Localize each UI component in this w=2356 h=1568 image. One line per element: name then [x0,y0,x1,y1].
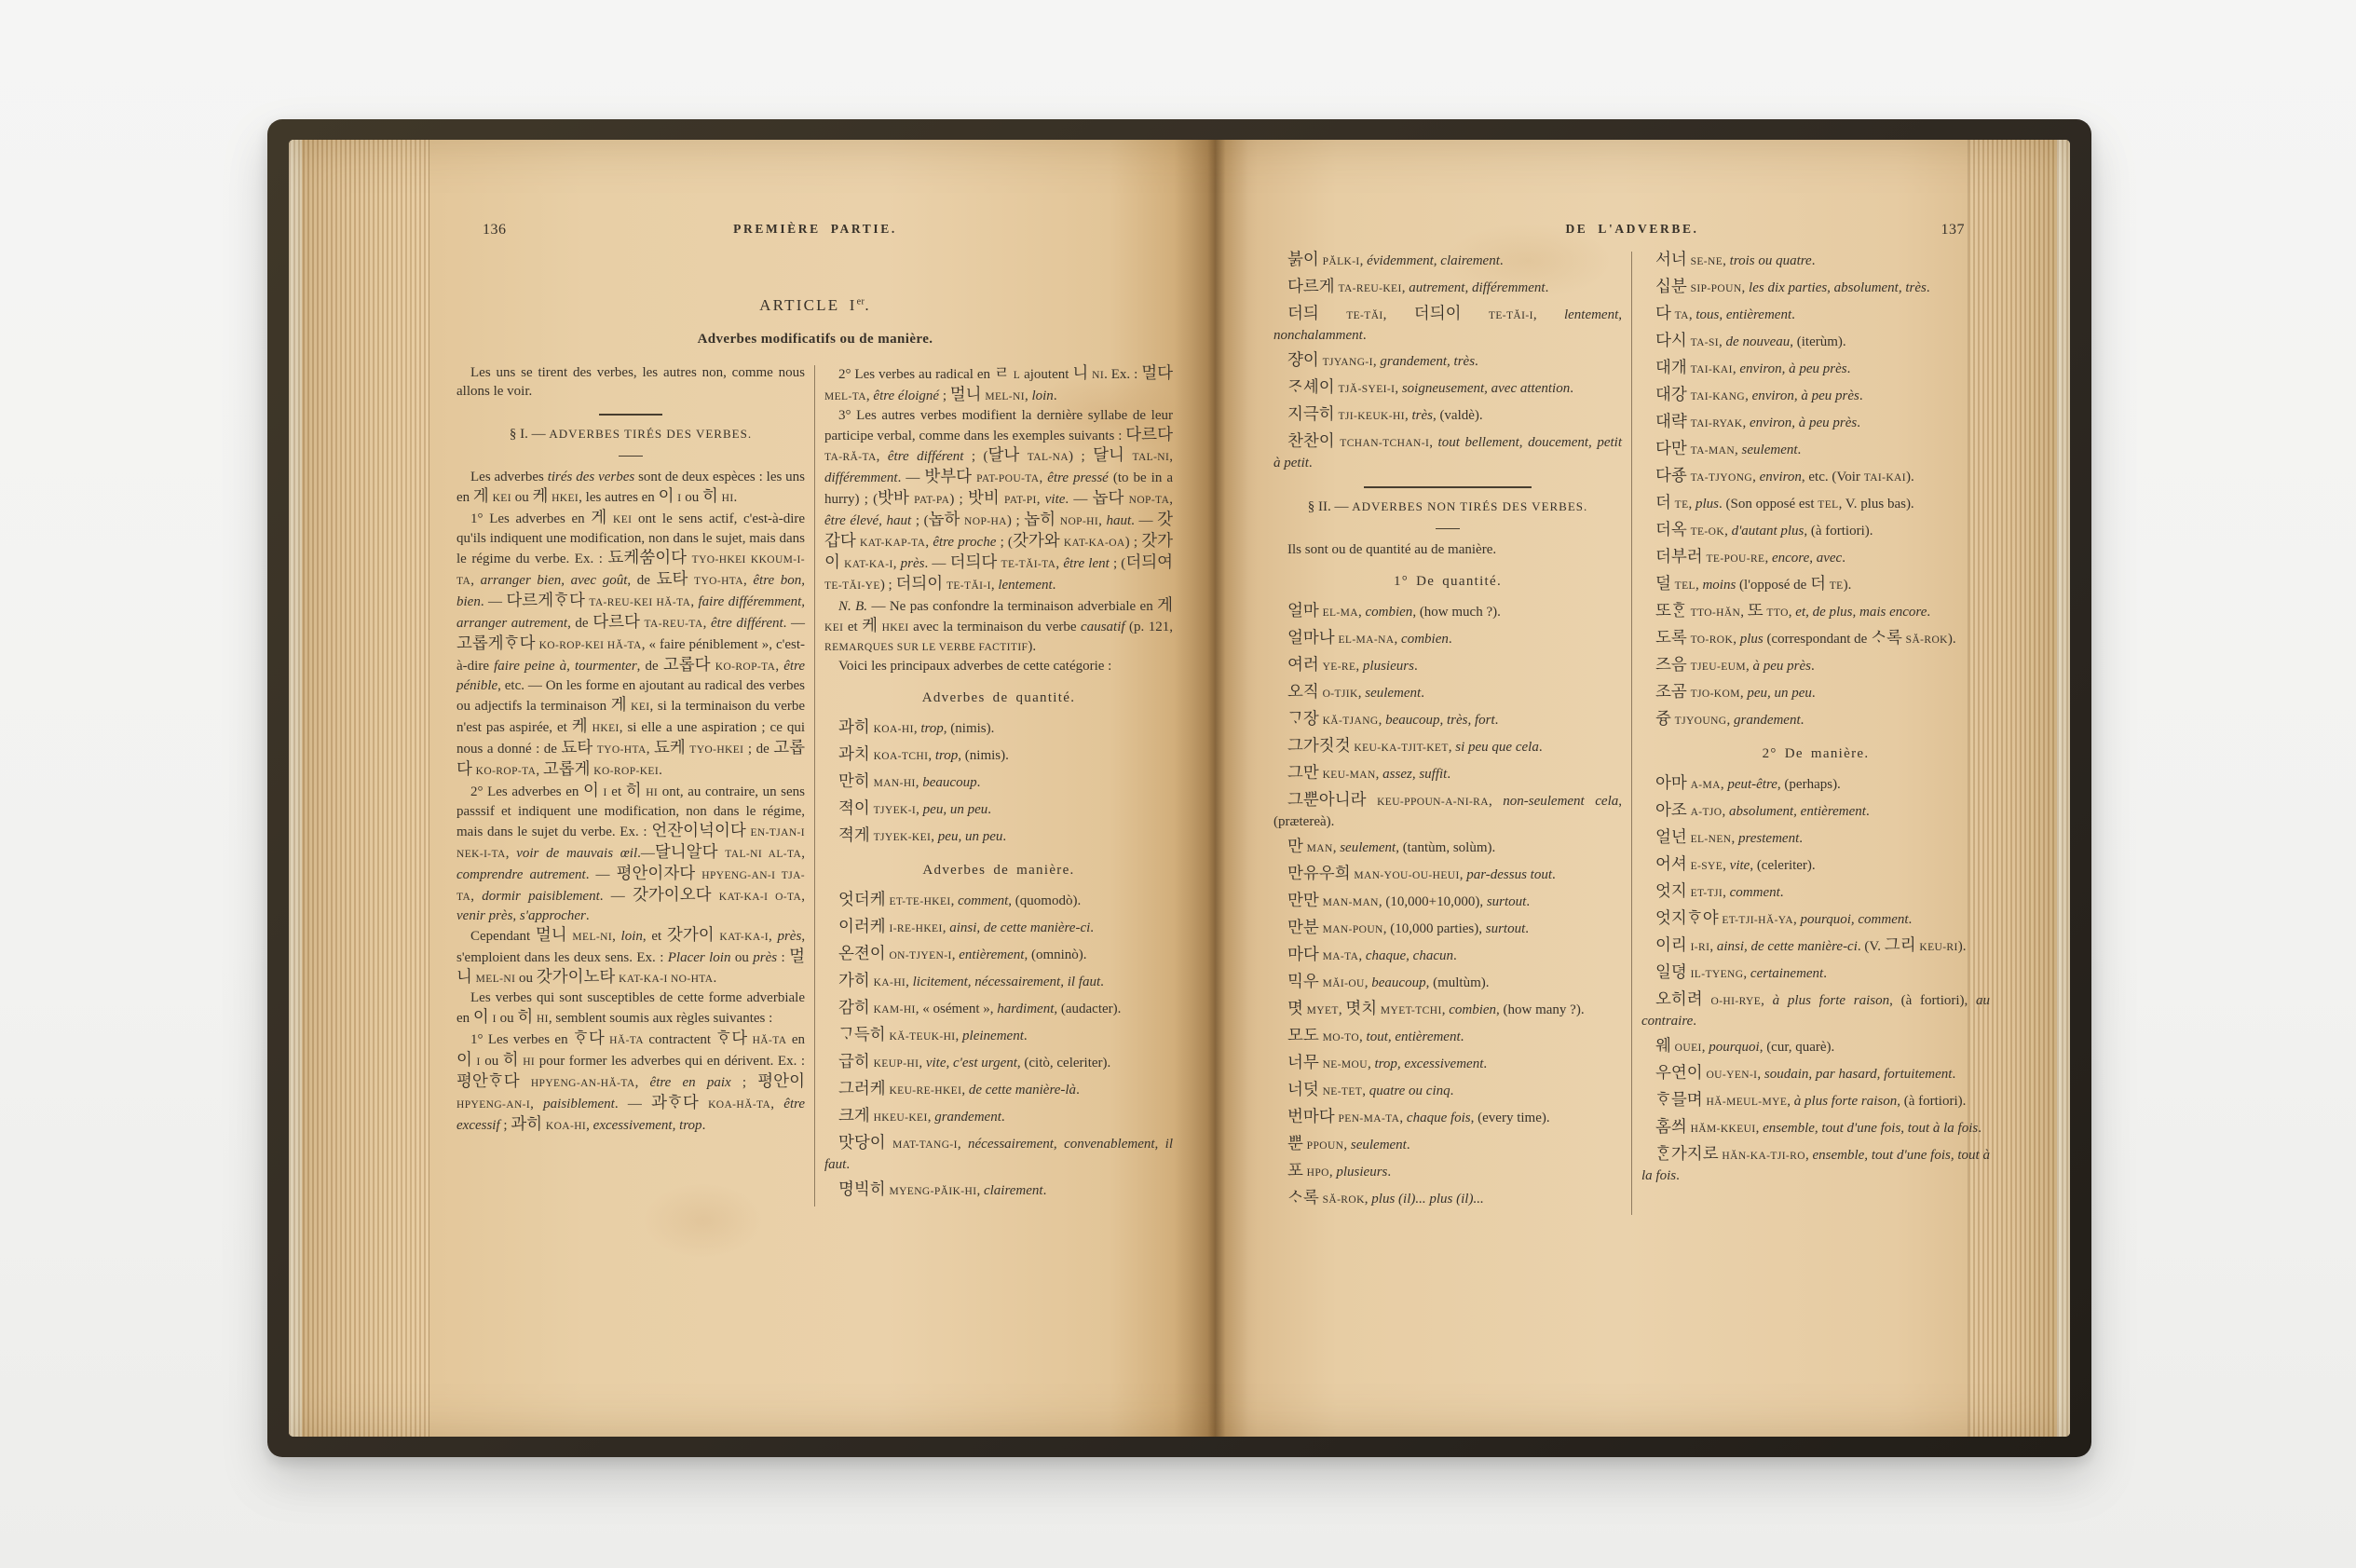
plain-text: , (how much ?). [1412,605,1501,620]
paragraph: Ils sont ou de quantité au de manière. [1273,540,1622,559]
plain-text: , [1723,858,1730,873]
korean-text: 조곰 [1655,682,1687,701]
plain-text: ). [1844,578,1852,593]
plain-text: , [1362,1084,1369,1098]
romanization-text: TA-REU-KEI [1338,283,1401,294]
plain-text: , [1724,524,1732,539]
korean-text: ᄌᆞ셰이 [1287,377,1335,396]
plain-text: , etc. (Voir [1802,470,1864,484]
korean-text: 오직 [1287,682,1319,701]
romanization-text: TE-OK [1691,526,1725,538]
paragraph: 3° Les autres verbes modifient la derniè… [824,406,1173,595]
romanization-text: TAL-NI [1132,452,1169,463]
korean-text: 멀니 [950,385,982,403]
italic-text: grandement [934,1110,1001,1125]
korean-text: 그가짓것 [1287,736,1351,755]
romanization-text: TA-SI [1691,337,1719,348]
romanization-text: HKEI [592,723,620,734]
plain-text: . — [600,889,633,904]
italic-text: trop [920,721,943,736]
plain-text: , [1358,948,1366,963]
plain-text: , [1359,1029,1367,1044]
dictionary-entry: 더부러 TE-POU-RE, encore, avec. [1641,547,1990,569]
korean-text: 게 [473,486,489,505]
dictionary-entry: 쟝이 TJYANG-I, grandement, très. [1273,350,1622,373]
romanization-text: TEL [1818,499,1838,511]
italic-text: être pressé [1047,470,1109,485]
running-title-left: PREMIÈRE PARTIE. [456,222,1174,237]
romanization-text: KEU-PPOUN-A-NI-RA [1377,797,1489,808]
korean-text: 엇지ᄒᆞ야 [1655,908,1719,927]
plain-text: 2° De manière. [1763,746,1870,761]
korean-text: 이 [583,781,599,799]
romanization-text: KAM-HI [874,1004,916,1016]
dictionary-entry: 엇더케 ET-TE-HKEI, comment, (quomodò). [824,890,1173,912]
romanization-text: TE-TĂI-YE [824,580,880,592]
italic-text: combien [1449,1002,1496,1017]
italic-text: N. B. [838,599,867,614]
korean-text: 도록 [1655,628,1687,647]
plain-text: ). [1028,639,1036,654]
romanization-text: ADVERBES TIRÉS DES VERBES. [549,427,752,441]
italic-text: moins [1702,578,1736,593]
plain-text: , [1733,632,1740,647]
dictionary-entry: 얼마 EL-MA, combien, (how much ?). [1273,601,1622,623]
italic-text: près [753,950,777,965]
plain-text: et [843,620,862,634]
romanization-text: EL-NEN [1691,834,1732,845]
plain-text: , (nimis). [944,721,995,736]
italic-text: tirés des verbes [548,470,635,484]
korean-text: 이 [456,1050,472,1069]
plain-text: . [1811,659,1815,674]
paragraph: Les uns se tirent des verbes, les autres… [456,363,805,401]
italic-text: causatif [1081,620,1125,634]
plain-text: , [1169,449,1173,464]
korean-text: 만 [1287,837,1303,855]
romanization-text: NE-MOU [1323,1059,1368,1070]
right-page-columns: 붉이 PĂLK-I, évidemment, clairement.다르게 TA… [1273,250,1991,1215]
romanization-text: KOA-HI [874,724,914,735]
romanization-text: OUEI [1675,1043,1702,1054]
romanization-text: OU-YEN-I [1706,1070,1757,1081]
romanization-text: REMARQUES SUR LE VERBE FACTITIF [824,642,1028,653]
plain-text: . [1461,1029,1464,1044]
plain-text: . [1483,1057,1487,1071]
plain-text: ou [730,950,753,965]
plain-text: , [1787,1094,1794,1109]
plain-text: Ils sont ou de quantité au de manière. [1287,542,1496,557]
plain-text: . — [586,867,617,882]
plain-text: ) ; [1007,513,1024,528]
korean-text: 더듸여 [1125,552,1173,571]
romanization-text: KĂ-TJANG [1323,716,1379,727]
plain-text: . [1798,443,1802,457]
plain-text: , (tantùm, solùm). [1396,840,1495,855]
romanization-text: MAT-TANG-I [892,1139,958,1151]
dictionary-entry: 그만 KEU-MAN, assez, suffit. [1273,763,1622,785]
plain-text: . [977,775,981,790]
romanization-text: MAN-YOU-OU-HEUI [1354,870,1459,881]
korean-text: 더 [1810,574,1826,593]
romanization-text: HĂ-TA [609,1035,644,1046]
romanization-text: HPYENG-AN-HĂ-TA [531,1078,635,1089]
plain-text: , de [567,616,592,631]
plain-text: . [1552,867,1556,882]
page-number-left: 136 [483,222,507,239]
dictionary-entry: 다시 TA-SI, de nouveau, (iterùm). [1641,331,1990,353]
section-rule [599,414,662,416]
korean-text: ᄒᆞ다 [715,1029,747,1047]
dictionary-entry: 찬찬이 TCHAN-TCHAN-I, tout bellement, douce… [1273,431,1622,473]
dictionary-entry: ᄒᆞᆫ가지로 HĂN-KA-TJI-RO, ensemble, tout d'u… [1641,1144,1990,1186]
dictionary-entry: 더듸 TE-TĂI, 더듸이 TE-TĂI-I, lentement, nonc… [1273,304,1622,346]
plain-text: , les autres en [579,490,658,505]
dictionary-entry: 엇지 ET-TJI, comment. [1641,881,1990,904]
korean-text: 과히 [511,1114,542,1133]
romanization-text: TAI-KANG [1691,391,1746,402]
romanization-text: KAT-KA-I [719,932,769,943]
book-cover: 136 PREMIÈRE PARTIE. ARTICLE Ier. Adverb… [267,119,2091,1457]
korean-text: 덜 [1655,574,1671,593]
korean-text: 그만 [1287,763,1319,782]
dictionary-entry: 만유우희 MAN-YOU-OU-HEUI, par-dessus tout. [1273,864,1622,886]
plain-text: , [1533,307,1564,322]
plain-text: . [1909,912,1913,927]
korean-text: 히 [702,486,718,505]
romanization-text: IL-TYENG [1691,969,1744,980]
korean-text: 가히 [838,971,870,989]
korean-text: 다만 [1655,439,1687,457]
plain-text: avec la terminaison du verbe [909,620,1081,634]
romanization-text: TE-TĂI-TA [1001,559,1056,570]
plain-text: . — [783,616,805,631]
article-title: ARTICLE Ier. [456,296,1174,315]
plain-text: , (10,000 parties), [1383,921,1486,936]
korean-text: 이 [473,1007,489,1026]
plain-text: , (celeriter). [1750,858,1815,873]
plain-text: , [956,1029,963,1043]
plain-text: . [1676,1168,1680,1183]
plain-text: (p. 121, [1125,620,1173,634]
korean-text: 과히 [838,717,870,736]
romanization-text: KĂ-TEUK-HI [889,1031,955,1043]
korean-text: 됴타 [561,738,592,757]
korean-text: 번마다 [1287,1107,1335,1125]
plain-text [606,511,613,526]
korean-text: 케 [572,716,588,735]
korean-text: 밧비 [968,488,1000,507]
plain-text: ; [500,1118,511,1133]
korean-text: 언잔이넉이다 [651,821,745,839]
dictionary-entry: 너덧 NE-TET, quatre ou cinq. [1273,1080,1622,1102]
article-title-text: ARTICLE I [759,296,856,314]
italic-text: comprendre autrement [456,867,586,882]
korean-text: 히 [503,1050,519,1069]
dictionary-entry: 즈음 TJEU-EUM, à peu près. [1641,655,1990,677]
romanization-text: TA-MAN [1691,445,1735,457]
plain-text: . [1526,894,1530,909]
dictionary-entry: 가히 KA-HI, licitement, nécessairement, il… [824,971,1173,993]
korean-text: 급히 [838,1052,870,1070]
italic-text: excessivement, trop [593,1118,702,1133]
dictionary-entry: 감히 KAM-HI, « osément », hardiment, (auda… [824,998,1173,1020]
romanization-text: I-RI [1691,942,1710,953]
plain-text: , (iterùm). [1790,334,1845,349]
korean-text: 다 [1655,304,1671,322]
dictionary-entry: 십분 SIP-POUN, les dix parties, absolument… [1641,277,1990,299]
romanization-text: TJYANG-I [1323,357,1373,368]
korean-text: 게 [591,508,606,526]
plain-text: , [1743,966,1750,981]
dictionary-entry: 만만 MAN-MAN, (10,000+10,000), surtout. [1273,891,1622,913]
plain-text: , [931,829,938,844]
plain-text: . [1952,1067,1955,1082]
romanization-text: HKEU-KEI [874,1112,928,1124]
romanization-text: TE [1830,580,1844,592]
plain-text: : [777,950,789,965]
italic-text: pourquoi [1709,1040,1759,1055]
article-subtitle: Adverbes modificatifs ou de manière. [456,332,1174,348]
romanization-text: TE-TĂI-I [946,580,991,592]
plain-text: . [1043,1183,1047,1198]
korean-text: 달니알다 [655,842,718,861]
dictionary-entry: 만히 MAN-HI, beaucoup. [824,771,1173,794]
plain-text: , de [627,573,656,588]
dictionary-entry: 믹우 MĂI-OU, beaucoup, (multùm). [1273,972,1622,994]
dictionary-entry: 어셔 E-SYE, vite, (celeriter). [1641,854,1990,877]
korean-text: 갓가와 [1013,531,1060,550]
plain-text: , [536,763,543,778]
plain-text: . [1024,1029,1028,1043]
column-divider [1631,252,1632,1215]
italic-text: loin [1031,389,1053,403]
plain-text: . — [1131,513,1157,528]
dictionary-entry: ᄀᆞ득히 KĂ-TEUK-HI, pleinement. [824,1025,1173,1047]
romanization-text: KEUP-HI [874,1058,919,1070]
korean-text: 놉다 [1093,488,1124,507]
italic-text: entièrement [959,948,1024,962]
italic-text: grandement, très [1380,354,1475,369]
korean-text: 더옥 [1655,520,1687,539]
romanization-text: KO-ROP-TA [715,661,776,673]
paragraph: 1° Les verbes en ᄒᆞ다 HĂ-TA contractent ᄒ… [456,1029,805,1136]
italic-text: prestement [1738,831,1799,846]
dictionary-entry: 급히 KEUP-HI, vite, c'est urgent, (citò, c… [824,1052,1173,1074]
plain-text: ; [731,1075,758,1090]
plain-text: , (cur, quarè). [1760,1040,1835,1055]
korean-text: 평안ᄒᆞ다 [456,1071,520,1090]
korean-text: 고롭게 [543,759,591,778]
plain-text: . [1812,686,1816,701]
plain-text: . [1978,1121,1981,1136]
plain-text: ). [1958,939,1967,954]
romanization-text: KOA-HĂ-TA [708,1099,770,1111]
plain-text: . [1054,389,1057,403]
romanization-text: HĂ-MEUL-MYE [1706,1097,1787,1108]
plain-text: . [1090,920,1094,935]
plain-text: Adverbes de manière. [922,863,1074,878]
dictionary-entry: 온젼이 ON-TJYEN-I, entièrement, (omninò). [824,944,1173,966]
plain-text: . [1414,659,1418,674]
italic-text: tous, entièrement [1696,307,1791,322]
plain-text: , (how many ?). [1496,1002,1585,1017]
plain-text: . [1799,831,1803,846]
romanization-text: TA-TJYONG [1691,472,1753,484]
korean-text: 더듸이 [1414,304,1462,322]
romanization-text: KO-ROP-TA [476,766,537,777]
romanization-text: HI [523,1057,535,1068]
romanization-text: PAT-PA [914,495,949,506]
section-rule [1436,528,1460,530]
italic-text: seulement [1351,1138,1407,1152]
plain-text: . (V. [1858,939,1885,954]
plain-text: . [734,490,738,505]
korean-text: 더듸다 [950,552,998,571]
italic-text: être proche [933,535,996,550]
italic-text: ainsi, de cette manière-ci [1717,939,1858,954]
romanization-text: TJYOUNG [1675,716,1727,727]
italic-text: seulement [1742,443,1798,457]
korean-text: 됴타 [657,569,688,588]
plain-text: , « osément », [916,1002,998,1016]
korean-text: 크게 [838,1106,870,1125]
korean-text: 밧바 [878,488,909,507]
italic-text: encore, avec [1772,551,1842,566]
plain-text: , (valdè). [1433,408,1483,423]
plain-text: , [1761,993,1773,1008]
dictionary-entry: 덜 TEL, moins (l'opposé de 더 TE). [1641,574,1990,596]
korean-text: 찬찬이 [1287,431,1335,450]
right-page-content: DE L'ADVERBE. 137 붉이 PĂLK-I, évidemment,… [1273,222,1991,244]
dictionary-entry: 명빅히 MYENG-PĂIK-HI, clairement. [824,1179,1173,1202]
italic-text: évidemment, clairement [1367,253,1500,268]
italic-text: surtout [1486,921,1526,936]
korean-text: 뿐 [1287,1134,1303,1152]
dictionary-entry: 그가짓것 KEU-KA-TJIT-KET, si peu que cela. [1273,736,1622,758]
korean-text: 십분 [1655,277,1687,295]
subheading: 1° De quantité. [1273,574,1622,590]
italic-text: de cette manière-là [969,1083,1076,1098]
dictionary-entry: 다르게 TA-REU-KEI, autrement, différemment. [1273,277,1622,299]
korean-text: 젹게 [838,825,870,844]
dictionary-entry: 이리 I-RI, ainsi, de cette manière-ci. (V.… [1641,935,1990,958]
dictionary-entry: 젹이 TJYEK-I, peu, un peu. [824,798,1173,821]
korean-text: 얼마 [1287,601,1319,620]
romanization-text: TYO-HTA [597,744,647,756]
plain-text [1319,307,1346,322]
plain-text: , [958,1137,968,1152]
romanization-text: MAN-MAN [1323,897,1379,908]
romanization-text: MĂI-OU [1323,978,1365,989]
romanization-text: KOA-HI [546,1121,586,1132]
plain-text: § II. — [1308,499,1353,514]
korean-text: 지극히 [1287,404,1335,423]
plain-text: ajoutent [1020,367,1072,382]
plain-text: , [690,594,698,609]
korean-text: 포 [1287,1161,1303,1179]
korean-text: 온젼이 [838,944,886,962]
korean-text: ᄀᆞ득히 [838,1025,886,1043]
italic-text: licitement, nécessairement, il faut [913,975,1100,989]
plain-text: . [1801,713,1804,728]
korean-text: 멀다 [1141,363,1173,382]
korean-text: 대개 [1655,358,1687,376]
romanization-text: KAT-KA-I [844,559,893,570]
romanization-text: HKEI [552,493,579,504]
romanization-text: TAI-RYAK [1691,418,1743,429]
plain-text: , [801,846,805,861]
dictionary-entry: 젹게 TJYEK-KEI, peu, un peu. [824,825,1173,848]
italic-text: venir près, s'approcher [456,908,586,923]
plain-text: . [1842,551,1845,566]
plain-text: ou [681,490,702,505]
italic-text: beaucoup [1371,975,1425,990]
plain-text: , [1395,632,1402,647]
plain-text: , [1689,497,1696,511]
romanization-text: TA-RĂ-TA [824,452,877,463]
korean-text: 홈씌 [1655,1117,1687,1136]
korean-text: 이 [659,486,674,505]
dictionary-entry: 여러 YE-RE, plusieurs. [1273,655,1622,677]
korean-text: 감히 [838,998,870,1016]
plain-text: ; ( [1110,556,1126,571]
plain-text: , de [637,659,663,674]
korean-text: 몃 [1287,999,1303,1017]
plain-text: . [1002,829,1006,844]
italic-text: vite [1730,858,1750,873]
romanization-text: TE-TĂI-I [1489,310,1533,321]
plain-text: , (citò, celeriter). [1017,1056,1110,1070]
romanization-text: MYENG-PĂIK-HI [889,1186,976,1197]
italic-text: seulement [1340,840,1396,855]
plain-text: . [846,1157,850,1172]
korean-text: 아마 [1655,773,1687,792]
korean-text: 다르게 [1287,277,1335,295]
plain-text: . [586,908,590,923]
korean-text: 놉하 [929,510,960,528]
romanization-text: O-TJIK [1323,689,1358,700]
plain-text: , [1719,334,1726,349]
plain-text: en [786,1032,805,1047]
romanization-text: TJO-KOM [1691,689,1740,700]
italic-text: quatre ou cinq [1369,1084,1450,1098]
plain-text: ) ; [1069,449,1093,464]
italic-text: comment [1730,885,1780,900]
korean-text: ᄒᆞ다 [573,1029,605,1047]
plain-text: , [1723,253,1730,268]
korean-text: 우연이 [1655,1063,1703,1082]
romanization-text: KEU-RI [1919,942,1957,953]
romanization-text: TAI-KAI [1864,472,1906,484]
italic-text: pleinement [962,1029,1024,1043]
italic-text: voir de mauvais œil [516,846,637,861]
korean-text: 또ᄒᆞᆫ [1655,601,1687,620]
italic-text: les dix parties, absolument, très [1749,280,1927,295]
korean-text: 일뎡 [1655,962,1687,981]
romanization-text: SIP-POUN [1691,283,1742,294]
korean-text: 더듸이 [895,574,943,593]
korean-text: 그리 [1885,935,1916,954]
plain-text: , [1740,605,1748,620]
dictionary-entry: 아마 A-MA, peut-être, (perhaps). [1641,773,1990,796]
romanization-text: HI [537,1014,549,1025]
plain-text: . [1546,280,1549,295]
plain-text: . [1475,354,1478,369]
italic-text: surtout [1487,894,1527,909]
korean-text: 과ᄒᆞ다 [651,1093,699,1111]
korean-text: 즈음 [1655,655,1687,674]
